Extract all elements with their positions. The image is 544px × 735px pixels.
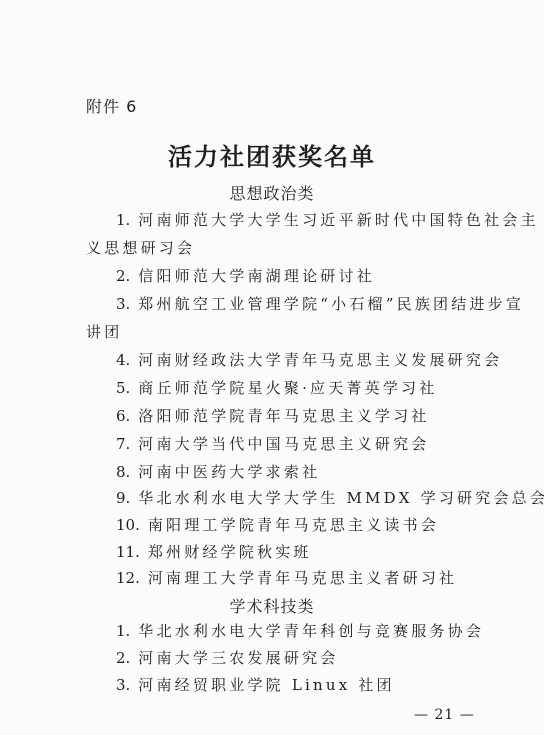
list-item: 3. 郑州航空工业管理学院“小石榴”民族团结进步宣: [116, 293, 524, 314]
list-item: 8. 河南中医药大学求索社: [116, 461, 320, 482]
category-heading: 思想政治类: [0, 181, 544, 204]
page-number: — 21 —: [414, 707, 475, 723]
list-item: 6. 洛阳师范学院青年马克思主义学习社: [116, 405, 429, 426]
attachment-label: 附件 6: [86, 94, 137, 117]
list-item: 5. 商丘师范学院星火聚·应天菁英学习社: [116, 377, 437, 398]
list-item: 2. 河南大学三农发展研究会: [116, 647, 338, 668]
list-item-continuation: 义思想研习会: [86, 237, 195, 258]
list-item: 7. 河南大学当代中国马克思主义研究会: [116, 433, 429, 454]
page-title: 活力社团获奖名单: [0, 137, 544, 172]
list-item: 2. 信阳师范大学南湖理论研讨社: [116, 265, 375, 286]
list-item: 10. 南阳理工学院青年马克思主义读书会: [116, 514, 439, 535]
list-item: 12. 河南理工大学青年马克思主义者研习社: [116, 567, 457, 588]
list-item: 9. 华北水利水电大学大学生 MMDX 学习研究会总会: [116, 487, 544, 508]
list-item: 4. 河南财经政法大学青年马克思主义发展研究会: [116, 349, 502, 370]
list-item-continuation: 讲团: [86, 321, 122, 342]
list-item: 1. 华北水利水电大学青年科创与竞赛服务协会: [116, 620, 484, 641]
list-item: 11. 郑州财经学院秋实班: [116, 541, 312, 562]
list-item: 3. 河南经贸职业学院 Linux 社团: [116, 674, 395, 695]
category-heading: 学术科技类: [0, 594, 544, 617]
list-item: 1. 河南师范大学大学生习近平新时代中国特色社会主: [116, 209, 539, 230]
